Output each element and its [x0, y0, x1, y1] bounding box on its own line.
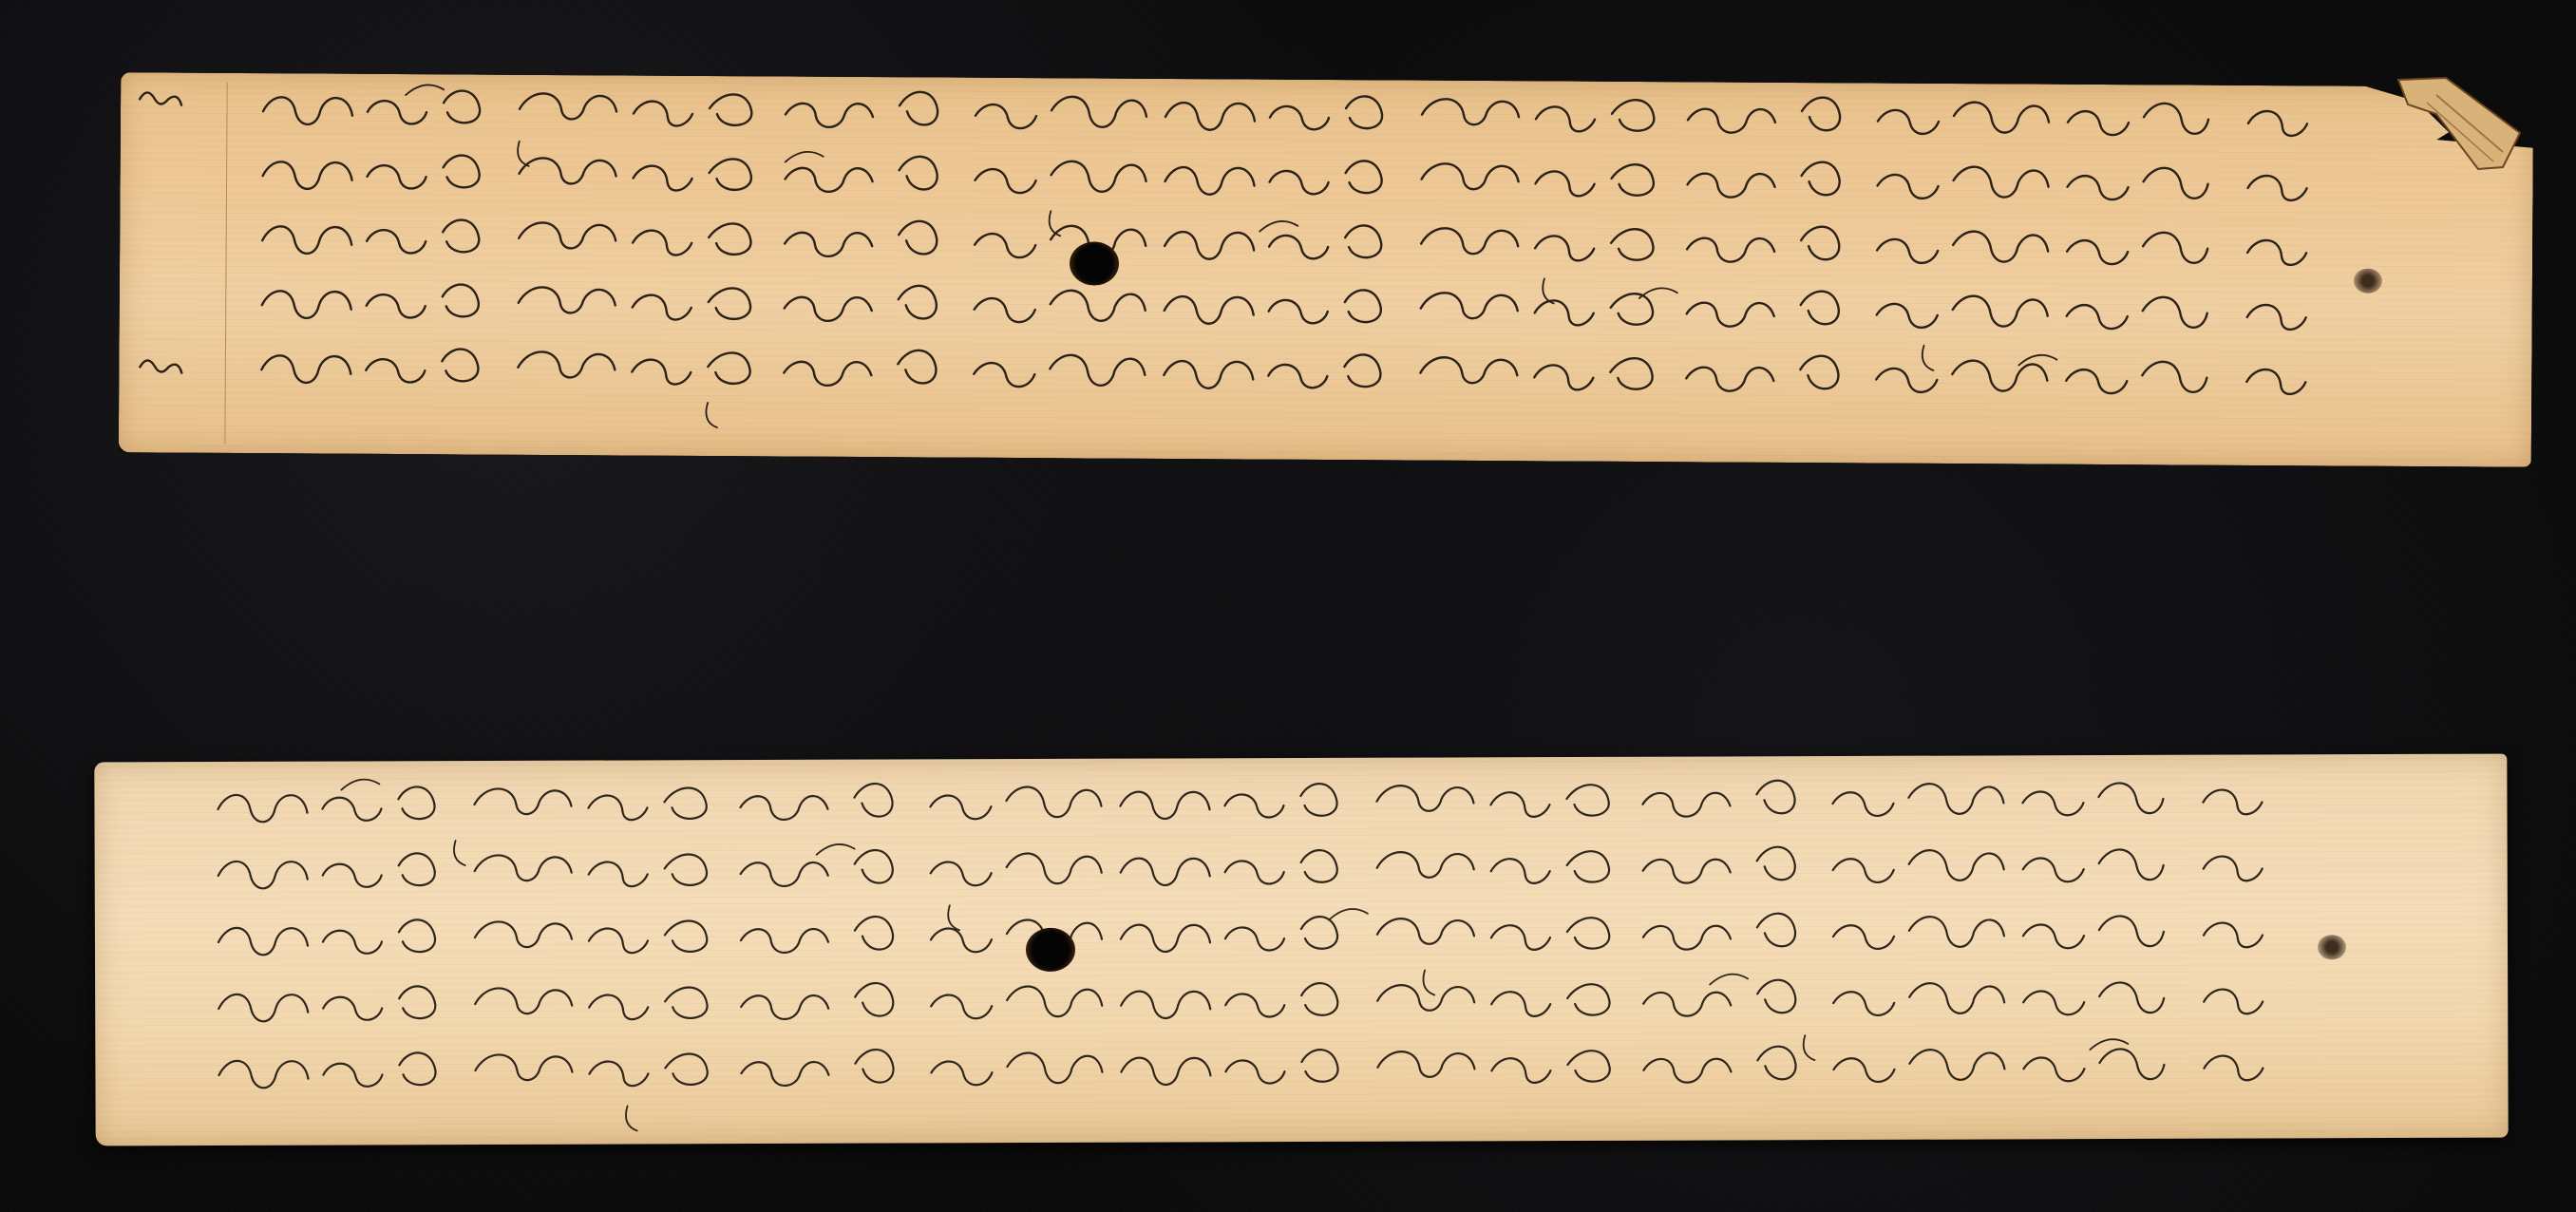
- ink-stain-bottom: [2318, 935, 2346, 959]
- ink-stain-top: [2354, 269, 2382, 294]
- handwritten-script-bottom: [94, 754, 2508, 1146]
- binding-hole-bottom: [1026, 928, 1075, 972]
- broken-corner-fragment: [2379, 76, 2531, 180]
- photo-scene: [0, 0, 2576, 1212]
- palm-leaf-bottom: [94, 754, 2508, 1146]
- handwritten-script-top: [119, 72, 2533, 467]
- binding-hole-top: [1070, 241, 1119, 285]
- palm-leaf-top: [119, 72, 2533, 467]
